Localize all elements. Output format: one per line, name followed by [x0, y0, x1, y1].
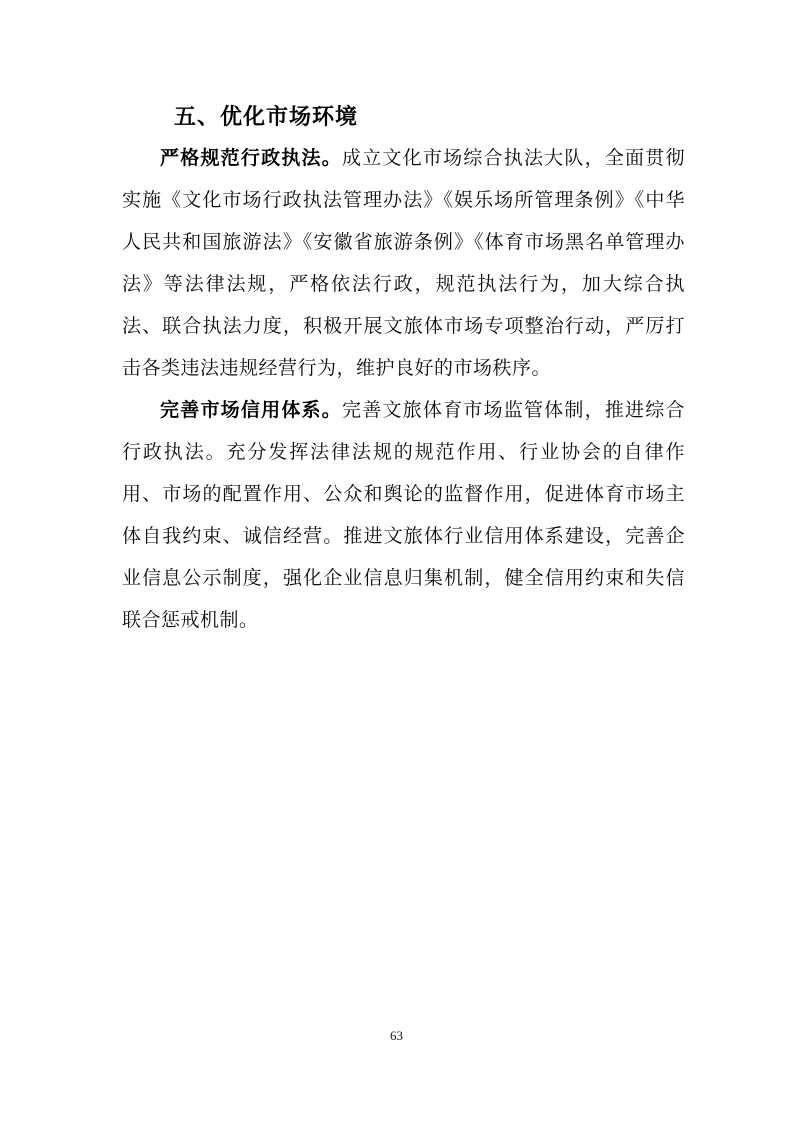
paragraph-body: 成立文化市场综合执法大队，全面贯彻实施《文化市场行政执法管理办法》《娱乐场所管理… [122, 148, 685, 379]
paragraph-lead: 完善市场信用体系。 [160, 400, 342, 421]
section-heading: 五、优化市场环境 [122, 96, 685, 138]
paragraph: 完善市场信用体系。完善文旅体育市场监管体制，推进综合行政执法。充分发挥法律法规的… [122, 390, 685, 642]
paragraph-lead: 严格规范行政执法。 [160, 148, 342, 169]
document-page: 五、优化市场环境 严格规范行政执法。成立文化市场综合执法大队，全面贯彻实施《文化… [0, 0, 793, 1122]
paragraph: 严格规范行政执法。成立文化市场综合执法大队，全面贯彻实施《文化市场行政执法管理办… [122, 138, 685, 390]
paragraph-body: 完善文旅体育市场监管体制，推进综合行政执法。充分发挥法律法规的规范作用、行业协会… [122, 400, 685, 631]
page-number: 63 [0, 1027, 793, 1045]
document-content: 五、优化市场环境 严格规范行政执法。成立文化市场综合执法大队，全面贯彻实施《文化… [122, 96, 685, 642]
